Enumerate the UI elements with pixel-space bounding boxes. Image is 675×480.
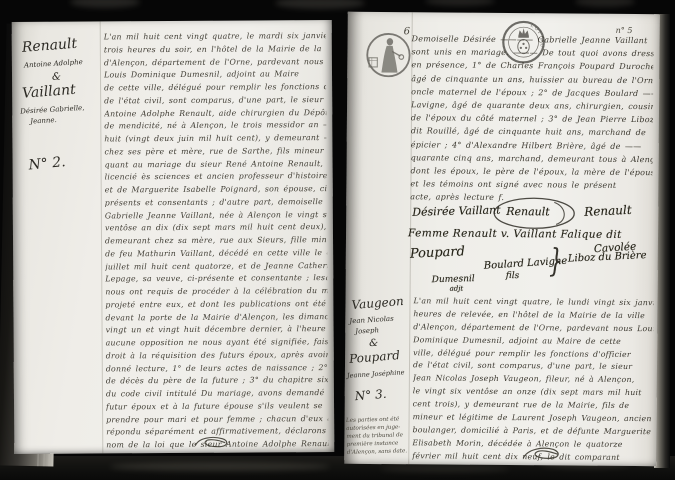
signature-boulard-fils: fils (506, 271, 520, 281)
act-number-3: N° 3. (354, 387, 387, 403)
signature-liboz-briere: Liboz du Brière (568, 250, 647, 264)
right-page: LOI DU n° 5 6 Demoiselle Désirée ———— Ga… (344, 12, 660, 466)
act2-body-text: L'an mil huit cent vingt quatre, le mard… (104, 30, 329, 452)
handwritten-line: trois heures du soir, en l'hôtel de la M… (104, 43, 326, 57)
signature-brace: } (549, 241, 563, 279)
signature-dumesnil-adjt: adjt (450, 285, 464, 293)
margin-ampersand: & (52, 72, 61, 83)
margin-groom-surname: Renault (21, 36, 77, 56)
handwritten-line: en présence, 1° de Charles François Poup… (411, 59, 653, 74)
ink-mark: 6 (404, 26, 410, 37)
figure-stamp-icon (365, 32, 411, 78)
handwritten-line: droit à la réquisition des futurs époux,… (106, 349, 328, 363)
act2-conclusion-text: Demoiselle Désirée ———— Gabrielle Jeanne… (410, 32, 653, 205)
marginal-note-line: d'Alençon, sans date. (347, 447, 411, 457)
margin-bride-surname: Vaillant (22, 82, 77, 102)
paraph-flourish (192, 435, 232, 451)
scan-noise (110, 462, 330, 471)
margin-ampersand2: & (369, 338, 378, 349)
handwritten-line: chez ses père et mère, rue de Sarthe, fi… (104, 145, 326, 159)
handwritten-line: et de Marguerite Isabelle Poignard, son … (105, 183, 327, 197)
signature-desiree-vaillant: Désirée Vaillant (412, 203, 501, 218)
paraph-flourish (520, 445, 564, 463)
marginal-note: Les parties ont étéautorisées en juge-me… (346, 415, 411, 457)
handwritten-line: futur époux et à la future épouse s'ils … (106, 400, 328, 414)
handwritten-line: de feu Mathurin Vaillant, décédé en cett… (105, 247, 327, 261)
act-number: N° 2. (28, 154, 66, 173)
signature-renault-right: Renault (584, 203, 632, 219)
signature-poupard: Poupard (410, 244, 466, 261)
margin-bride-givenname: Désirée Gabrielle, (20, 104, 85, 116)
margin-bride2-surname: Poupard (349, 348, 401, 366)
margin-bride2-givenname: Jeanne Joséphine (347, 368, 405, 380)
handwritten-line: dit Rouillé, âgé de cinquante huit ans, … (411, 125, 653, 140)
handwritten-line: de l'état civil, sont comparus, d'une pa… (104, 94, 326, 108)
scan-noise (70, 0, 140, 8)
margin-rule (100, 21, 104, 453)
margin-groom2-givenname2: Joseph (355, 326, 379, 335)
handwritten-line: L'an mil huit cent vingt quatre, le mard… (104, 30, 326, 44)
handwritten-line: Dominique Dumesnil, adjoint au Maire de … (413, 334, 653, 349)
scan-noise (425, 0, 495, 6)
margin-bride-givenname2: Jeanne. (30, 116, 57, 126)
signature-dumesnil: Dumesnil (432, 274, 475, 285)
scan-noise (380, 465, 510, 472)
scanned-register-page: Renault Antoine Adolphe & Vaillant Désir… (0, 0, 675, 480)
left-page: Renault Antoine Adolphe & Vaillant Désir… (12, 20, 335, 454)
margin-groom2-surname: Vaugeon (351, 294, 404, 312)
handwritten-line: de cette ville, délégué pour remplir les… (104, 81, 326, 95)
margin-groom-givenname: Antoine Adolphe (24, 58, 83, 69)
handwritten-line: du code civil intitulé Du mariage, avons… (106, 387, 328, 401)
handwritten-line: huit (vingt deux juin mil huit cent), y … (104, 132, 326, 146)
margin-groom2-givenname: Jean Nicolas (349, 315, 394, 326)
signature-renault-paraph: Renault (492, 196, 576, 231)
scan-noise (275, 0, 365, 9)
act3-body-text: L'an mil huit cent vingt quatre, le lund… (412, 295, 653, 464)
handwritten-line: présents et consentants ; d'autre part, … (105, 196, 327, 210)
handwritten-line: projeté entre eux, et dont les publicati… (105, 298, 327, 312)
handwritten-line: demeurant chez sa mère, rue aux Sieurs, … (105, 234, 327, 248)
scan-noise (575, 0, 635, 7)
signature-femme-renault: Femme Renault v. Vaillant Falique dit (408, 227, 622, 241)
handwritten-line: nous ont requis de procéder à la célébra… (105, 285, 327, 299)
handwritten-line: aucune opposition ne nous ayant été sign… (106, 336, 328, 350)
signature-renault-oval: Renault (506, 205, 550, 218)
